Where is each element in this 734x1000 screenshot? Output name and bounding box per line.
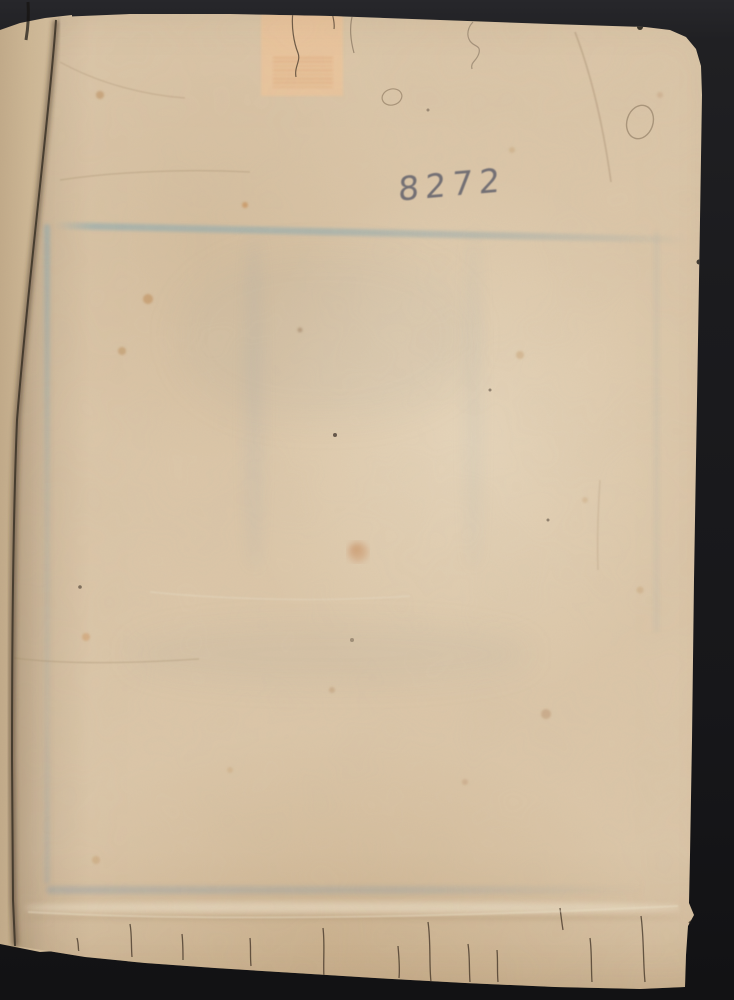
manuscript-page: 8272 — [0, 0, 734, 1000]
page-edge-vignette — [0, 0, 734, 1000]
scan-background: 8272 — [0, 0, 734, 1000]
